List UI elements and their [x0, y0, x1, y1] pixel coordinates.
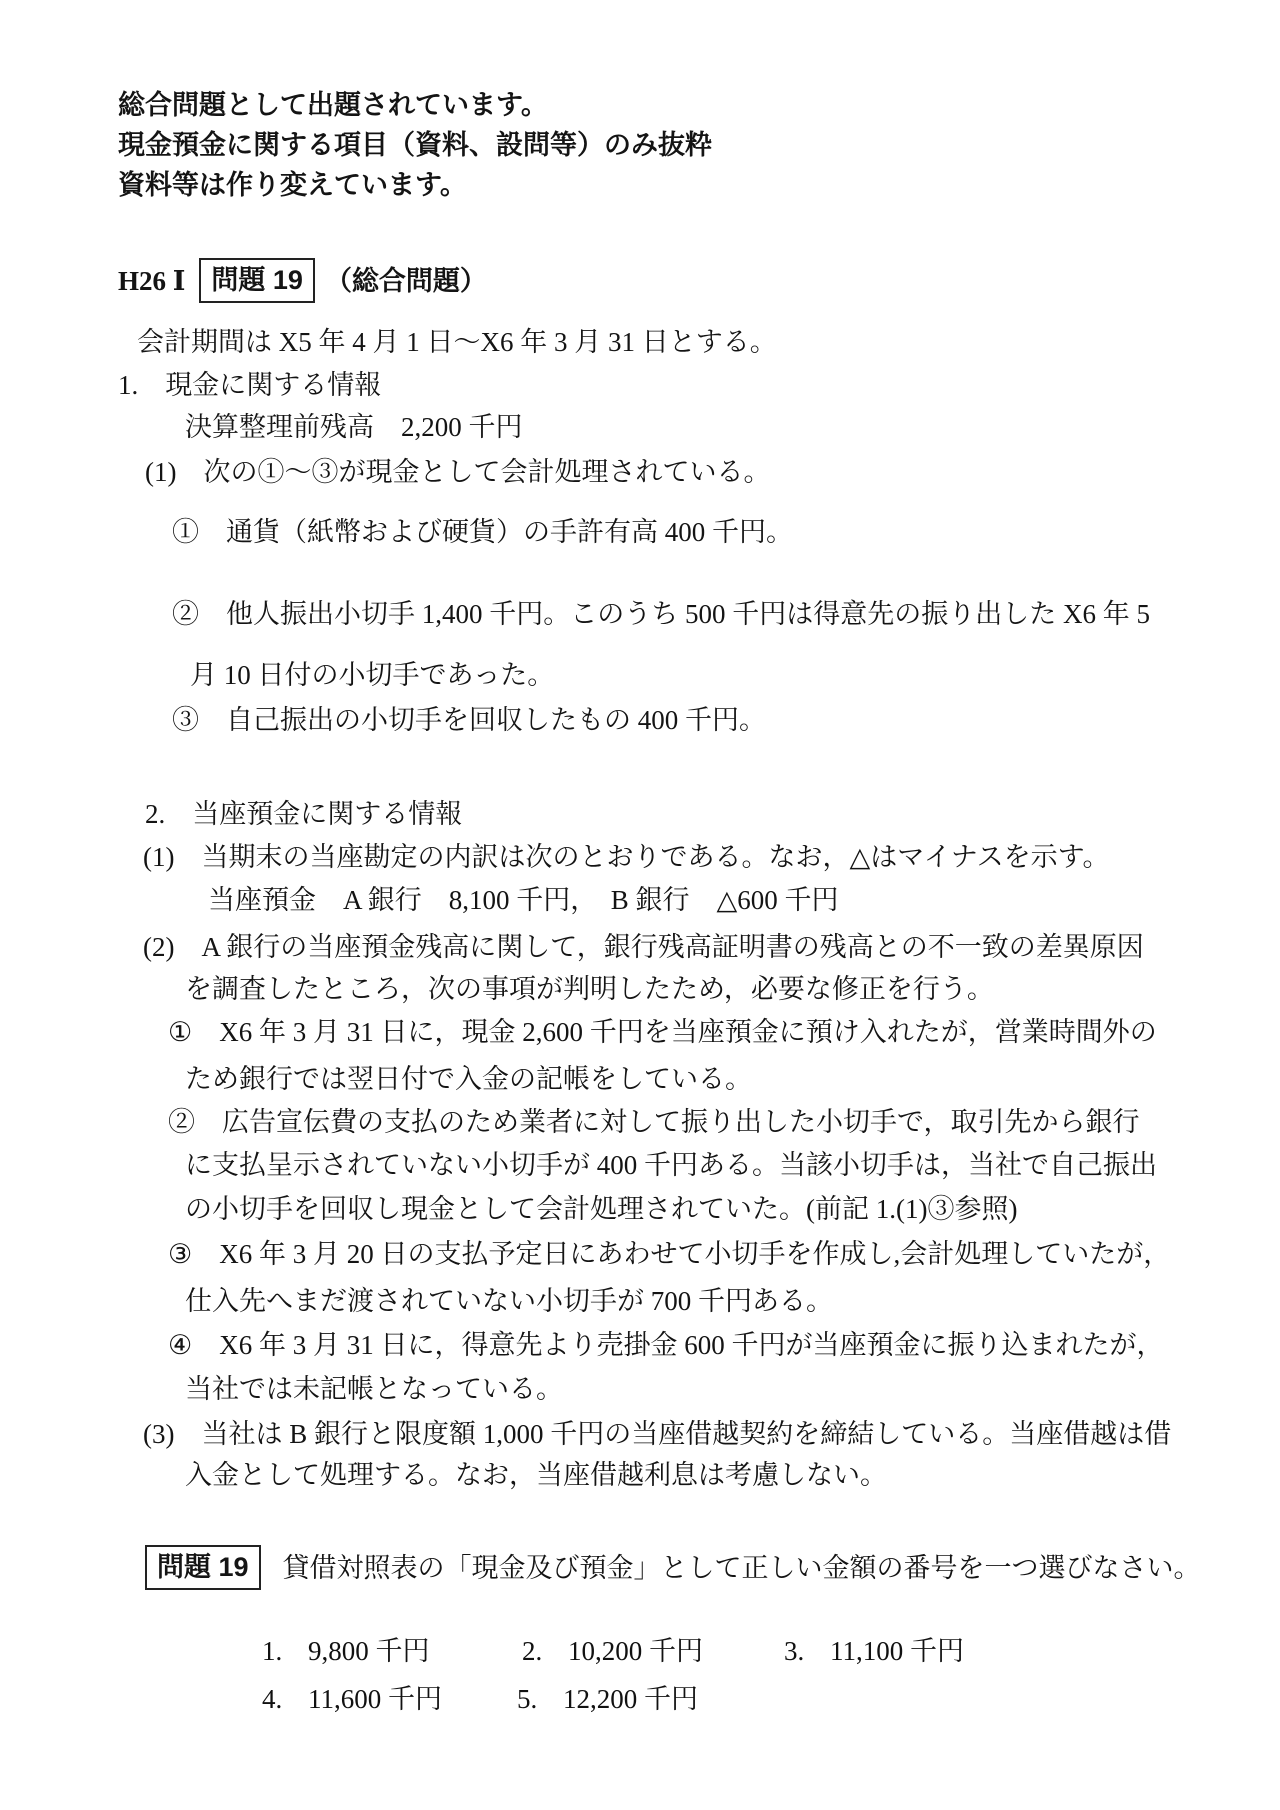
checking-section-title: 2. 当座預金に関する情報: [145, 797, 462, 831]
exam-document-page: 総合問題として出題されています。 現金預金に関する項目（資料、設問等）のみ抜粋 …: [0, 0, 1280, 1810]
checking-sub1-balances: 当座預金 A 銀行 8,100 千円， B 銀行 △600 千円: [208, 883, 839, 917]
checking-item1-line2: ため銀行では翌日付で入金の記帳をしている。: [185, 1062, 752, 1096]
checking-sub1-line1: (1) 当期末の当座勘定の内訳は次のとおりである。なお，△はマイナスを示す。: [143, 840, 1109, 874]
option-5-value: 12,200 千円: [563, 1684, 698, 1714]
accounting-period-line: 会計期間は X5 年 4 月 1 日〜X6 年 3 月 31 日とする。: [137, 325, 777, 359]
checking-sub2-line1: (2) A 銀行の当座預金残高に関して，銀行残高証明書の残高との不一致の差異原因: [143, 930, 1144, 964]
question-number-box: 問題 19: [145, 1545, 261, 1590]
option-5-number: 5.: [517, 1682, 563, 1716]
option-4-value: 11,600 千円: [308, 1684, 442, 1714]
checking-item2-line2: に支払呈示されていない小切手が 400 千円ある。当該小切手は，当社で自己振出: [185, 1148, 1157, 1182]
cash-item1: ① 通貨（紙幣および硬貨）の手許有高 400 千円。: [172, 515, 793, 549]
checking-item1-line1: ① X6 年 3 月 31 日に，現金 2,600 千円を当座預金に預け入れたが…: [168, 1015, 1157, 1049]
intro-line-1: 総合問題として出題されています。: [118, 88, 548, 122]
checking-item2-line3: の小切手を回収し現金として会計処理されていた。(前記 1.(1)③参照): [185, 1192, 1017, 1226]
cash-item3: ③ 自己振出の小切手を回収したもの 400 千円。: [172, 703, 766, 737]
option-3-number: 3.: [784, 1634, 830, 1668]
heading-year-prefix: H26 Ⅰ: [118, 264, 185, 298]
checking-item3-line1: ③ X6 年 3 月 20 日の支払予定日にあわせて小切手を作成し,会計処理して…: [168, 1237, 1170, 1271]
cash-item2-line2: 月 10 日付の小切手であった。: [190, 658, 554, 692]
cash-pre-adjust-balance: 決算整理前残高 2,200 千円: [185, 410, 523, 444]
cash-sub1-intro: (1) 次の①〜③が現金として会計処理されている。: [145, 455, 770, 489]
checking-sub2-line2: を調査したところ，次の事項が判明したため，必要な修正を行う。: [185, 972, 994, 1006]
checking-item2-line1: ② 広告宣伝費の支払のため業者に対して振り出した小切手で，取引先から銀行: [168, 1105, 1139, 1139]
question-text: 貸借対照表の「現金及び預金」として正しい金額の番号を一つ選びなさい。: [283, 1551, 1201, 1585]
question-line: 問題 19 貸借対照表の「現金及び預金」として正しい金額の番号を一つ選びなさい。: [145, 1545, 1201, 1590]
checking-item4-line2: 当社では未記帳となっている。: [185, 1372, 563, 1406]
option-4-number: 4.: [262, 1682, 308, 1716]
cash-section-title: 1. 現金に関する情報: [118, 368, 381, 402]
answer-option-3: 3.11,100 千円: [757, 1600, 964, 1702]
checking-sub3-line1: (3) 当社は B 銀行と限度額 1,000 千円の当座借越契約を締結している。…: [143, 1417, 1171, 1451]
checking-sub3-line2: 入金として処理する。なお，当座借越利息は考慮しない。: [185, 1458, 887, 1492]
intro-line-2: 現金預金に関する項目（資料、設問等）のみ抜粋: [118, 128, 712, 162]
heading-problem-number-box: 問題 19: [199, 258, 315, 303]
option-3-value: 11,100 千円: [830, 1636, 964, 1666]
checking-item4-line1: ④ X6 年 3 月 31 日に，得意先より売掛金 600 千円が当座預金に振り…: [168, 1328, 1163, 1362]
problem-heading: H26 Ⅰ 問題 19 （総合問題）: [118, 258, 487, 303]
answer-option-4: 4.11,600 千円: [235, 1648, 442, 1750]
cash-item2-line1: ② 他人振出小切手 1,400 千円。このうち 500 千円は得意先の振り出した…: [172, 597, 1150, 631]
answer-option-5: 5.12,200 千円: [490, 1648, 698, 1750]
intro-line-3: 資料等は作り変えています。: [118, 168, 467, 202]
checking-item3-line2: 仕入先へまだ渡されていない小切手が 700 千円ある。: [185, 1284, 833, 1318]
heading-problem-type: （総合問題）: [325, 264, 487, 298]
